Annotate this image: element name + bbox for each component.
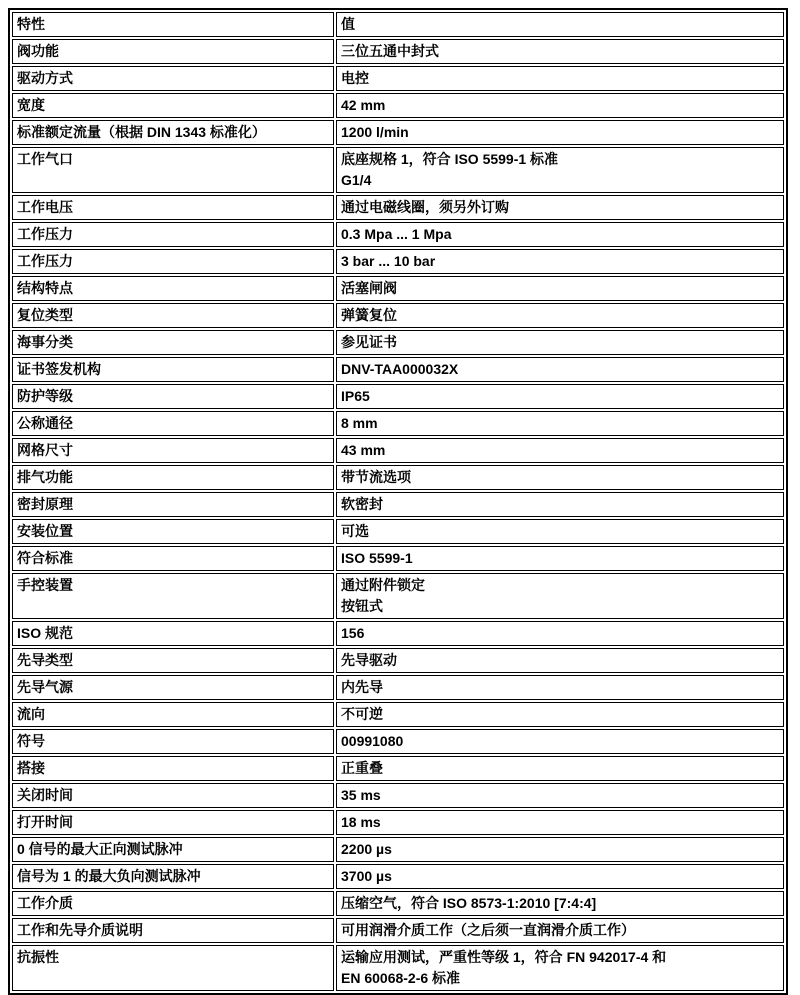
value-cell: 电控 (336, 66, 784, 91)
property-cell: 先导类型 (12, 648, 334, 673)
property-cell: 工作和先导介质说明 (12, 918, 334, 943)
value-cell: 2200 µs (336, 837, 784, 862)
property-cell: 符号 (12, 729, 334, 754)
value-cell: 00991080 (336, 729, 784, 754)
value-cell: 不可逆 (336, 702, 784, 727)
table-row: 0 信号的最大正向测试脉冲2200 µs (12, 837, 784, 862)
table-row: 证书签发机构DNV-TAA000032X (12, 357, 784, 382)
property-cell: 工作压力 (12, 249, 334, 274)
table-row: 符号00991080 (12, 729, 784, 754)
table-row: 工作气口底座规格 1，符合 ISO 5599-1 标准 G1/4 (12, 147, 784, 193)
table-row: 复位类型弹簧复位 (12, 303, 784, 328)
table-row: 符合标准ISO 5599-1 (12, 546, 784, 571)
property-cell: 安装位置 (12, 519, 334, 544)
property-cell: 工作压力 (12, 222, 334, 247)
property-cell: ISO 规范 (12, 621, 334, 646)
table-row: 公称通径8 mm (12, 411, 784, 436)
property-cell: 驱动方式 (12, 66, 334, 91)
property-cell: 密封原理 (12, 492, 334, 517)
value-cell: 三位五通中封式 (336, 39, 784, 64)
property-cell: 复位类型 (12, 303, 334, 328)
table-row: 宽度42 mm (12, 93, 784, 118)
value-cell: 压缩空气，符合 ISO 8573-1:2010 [7:4:4] (336, 891, 784, 916)
table-row: 信号为 1 的最大负向测试脉冲3700 µs (12, 864, 784, 889)
table-row: 关闭时间35 ms (12, 783, 784, 808)
property-cell: 符合标准 (12, 546, 334, 571)
value-cell: 内先导 (336, 675, 784, 700)
property-cell: 关闭时间 (12, 783, 334, 808)
table-row: ISO 规范156 (12, 621, 784, 646)
property-cell: 抗振性 (12, 945, 334, 991)
property-cell: 标准额定流量（根据 DIN 1343 标准化） (12, 120, 334, 145)
table-row: 阀功能三位五通中封式 (12, 39, 784, 64)
property-cell: 打开时间 (12, 810, 334, 835)
value-cell: 软密封 (336, 492, 784, 517)
table-row: 打开时间18 ms (12, 810, 784, 835)
value-cell: 参见证书 (336, 330, 784, 355)
table-row: 标准额定流量（根据 DIN 1343 标准化）1200 l/min (12, 120, 784, 145)
value-cell: 1200 l/min (336, 120, 784, 145)
value-cell: 3700 µs (336, 864, 784, 889)
table-row: 排气功能带节流选项 (12, 465, 784, 490)
property-cell: 阀功能 (12, 39, 334, 64)
property-cell: 宽度 (12, 93, 334, 118)
table-row: 海事分类参见证书 (12, 330, 784, 355)
property-cell: 证书签发机构 (12, 357, 334, 382)
value-cell: 0.3 Mpa ... 1 Mpa (336, 222, 784, 247)
value-cell: 35 ms (336, 783, 784, 808)
property-cell: 工作气口 (12, 147, 334, 193)
table-row: 工作和先导介质说明可用润滑介质工作（之后须一直润滑介质工作） (12, 918, 784, 943)
property-cell: 信号为 1 的最大负向测试脉冲 (12, 864, 334, 889)
spec-table-body: 阀功能三位五通中封式驱动方式电控宽度42 mm标准额定流量（根据 DIN 134… (12, 39, 784, 991)
value-cell: 活塞闸阀 (336, 276, 784, 301)
property-cell: 搭接 (12, 756, 334, 781)
table-row: 工作介质压缩空气，符合 ISO 8573-1:2010 [7:4:4] (12, 891, 784, 916)
table-row: 结构特点活塞闸阀 (12, 276, 784, 301)
value-cell: 通过附件锁定 按钮式 (336, 573, 784, 619)
value-cell: 带节流选项 (336, 465, 784, 490)
value-cell: 底座规格 1，符合 ISO 5599-1 标准 G1/4 (336, 147, 784, 193)
property-cell: 海事分类 (12, 330, 334, 355)
value-cell: 先导驱动 (336, 648, 784, 673)
property-column-header: 特性 (12, 12, 334, 37)
value-cell: 可选 (336, 519, 784, 544)
property-cell: 流向 (12, 702, 334, 727)
value-cell: 8 mm (336, 411, 784, 436)
table-row: 先导类型先导驱动 (12, 648, 784, 673)
table-row: 工作压力3 bar ... 10 bar (12, 249, 784, 274)
value-column-header: 值 (336, 12, 784, 37)
property-cell: 公称通径 (12, 411, 334, 436)
property-cell: 工作介质 (12, 891, 334, 916)
table-row: 安装位置可选 (12, 519, 784, 544)
table-row: 流向不可逆 (12, 702, 784, 727)
value-cell: DNV-TAA000032X (336, 357, 784, 382)
table-row: 防护等级IP65 (12, 384, 784, 409)
value-cell: 156 (336, 621, 784, 646)
value-cell: 可用润滑介质工作（之后须一直润滑介质工作） (336, 918, 784, 943)
property-cell: 结构特点 (12, 276, 334, 301)
table-row: 网格尺寸43 mm (12, 438, 784, 463)
header-row: 特性 值 (12, 12, 784, 37)
table-row: 工作电压通过电磁线圈，须另外订购 (12, 195, 784, 220)
table-row: 先导气源内先导 (12, 675, 784, 700)
value-cell: 18 ms (336, 810, 784, 835)
property-cell: 工作电压 (12, 195, 334, 220)
value-cell: 43 mm (336, 438, 784, 463)
table-row: 抗振性运输应用测试，严重性等级 1，符合 FN 942017-4 和 EN 60… (12, 945, 784, 991)
table-row: 搭接正重叠 (12, 756, 784, 781)
value-cell: 42 mm (336, 93, 784, 118)
value-cell: 通过电磁线圈，须另外订购 (336, 195, 784, 220)
property-cell: 网格尺寸 (12, 438, 334, 463)
property-cell: 排气功能 (12, 465, 334, 490)
value-cell: IP65 (336, 384, 784, 409)
value-cell: 弹簧复位 (336, 303, 784, 328)
property-cell: 手控装置 (12, 573, 334, 619)
value-cell: 运输应用测试，严重性等级 1，符合 FN 942017-4 和 EN 60068… (336, 945, 784, 991)
value-cell: 3 bar ... 10 bar (336, 249, 784, 274)
value-cell: 正重叠 (336, 756, 784, 781)
spec-table: 特性 值 阀功能三位五通中封式驱动方式电控宽度42 mm标准额定流量（根据 DI… (8, 8, 788, 995)
table-row: 手控装置通过附件锁定 按钮式 (12, 573, 784, 619)
value-cell: ISO 5599-1 (336, 546, 784, 571)
property-cell: 0 信号的最大正向测试脉冲 (12, 837, 334, 862)
table-row: 密封原理软密封 (12, 492, 784, 517)
property-cell: 先导气源 (12, 675, 334, 700)
table-row: 工作压力0.3 Mpa ... 1 Mpa (12, 222, 784, 247)
table-row: 驱动方式电控 (12, 66, 784, 91)
property-cell: 防护等级 (12, 384, 334, 409)
